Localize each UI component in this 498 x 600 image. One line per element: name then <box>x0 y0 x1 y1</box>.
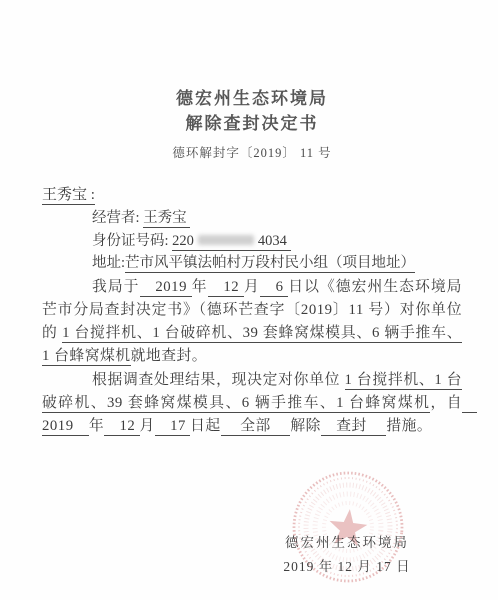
template-text: 解除 <box>290 418 321 434</box>
id-suffix: 4034 <box>258 233 287 249</box>
operator-label: 经营者: <box>92 210 143 226</box>
template-text: ，自 <box>430 395 462 411</box>
recipient-line: 王秀宝 : <box>42 184 462 207</box>
operator-line: 经营者: 王秀宝 <box>92 207 462 230</box>
template-text: 措施。 <box>386 418 432 434</box>
paragraph-seizure-history: 我局于 2019 年 12 月 6 日以《德宏州生态环境局芒市分局查封决定书》（… <box>42 276 462 368</box>
paragraph-release-decision: 根据调查处理结果，现决定对你单位 1 台搅拌机、1 台破碎机、39 套蜂窝煤模具… <box>42 369 462 438</box>
template-text: 根据调查处理结果，现决定对你单位 <box>92 372 345 388</box>
signature-date: 2019 年 12 月 17 日 <box>240 555 454 579</box>
filled-blank-text: 6 <box>260 279 288 297</box>
filled-blank-text: 12 <box>104 418 139 436</box>
document-body: 德宏州生态环境局 解除查封决定书 德环解封字〔2019〕 11 号 王秀宝 : … <box>42 86 462 438</box>
id-label: 身份证号码: <box>92 233 172 249</box>
operator-value: 王秀宝 <box>143 210 190 228</box>
filled-blank-text: 查封 <box>321 418 386 436</box>
address-label: 地址: <box>92 255 125 271</box>
template-text: 月 <box>140 418 155 434</box>
id-number-line: 身份证号码: 2204034 <box>92 230 462 253</box>
template-text: 年 <box>192 279 208 295</box>
redacted-id-blur <box>198 235 254 245</box>
filled-blank-text: 17 <box>155 418 190 436</box>
document-title: 解除查封决定书 <box>42 111 462 136</box>
filled-blank-text: 全部 <box>221 418 291 436</box>
signature-org: 德宏州生态环境局 <box>240 531 454 555</box>
template-text: 我局于 <box>92 279 140 295</box>
id-prefix: 220 <box>172 233 194 249</box>
template-text: 日起 <box>190 418 221 434</box>
template-text: 年 <box>89 418 104 434</box>
document-number: 德环解封字〔2019〕 11 号 <box>42 143 462 164</box>
template-text: 月 <box>244 279 260 295</box>
template-text: 就地查封。 <box>131 348 208 364</box>
address-value: 芒市风平镇法帕村万段村民小组（项目地址） <box>125 255 415 273</box>
address-line: 地址:芒市风平镇法帕村万段村民小组（项目地址） <box>92 252 462 275</box>
issuing-authority-title: 德宏州生态环境局 <box>42 86 462 111</box>
filled-blank-text: 12 <box>208 279 244 297</box>
signature-block: 德宏州生态环境局 2019 年 12 月 17 日 <box>240 531 454 579</box>
id-trailing-space <box>287 233 291 249</box>
filled-blank-text: 2019 <box>140 279 192 297</box>
document-page: 德宏州生态环境局 解除查封决定书 德环解封字〔2019〕 11 号 王秀宝 : … <box>0 0 498 600</box>
recipient-name: 王秀宝 : <box>42 187 95 205</box>
filled-blank-text: 1 台搅拌机、1 台破碎机、39 套蜂窝煤模具、6 辆手推车、1 台蜂窝煤机 <box>42 325 462 366</box>
id-value: 2204034 <box>172 233 290 251</box>
